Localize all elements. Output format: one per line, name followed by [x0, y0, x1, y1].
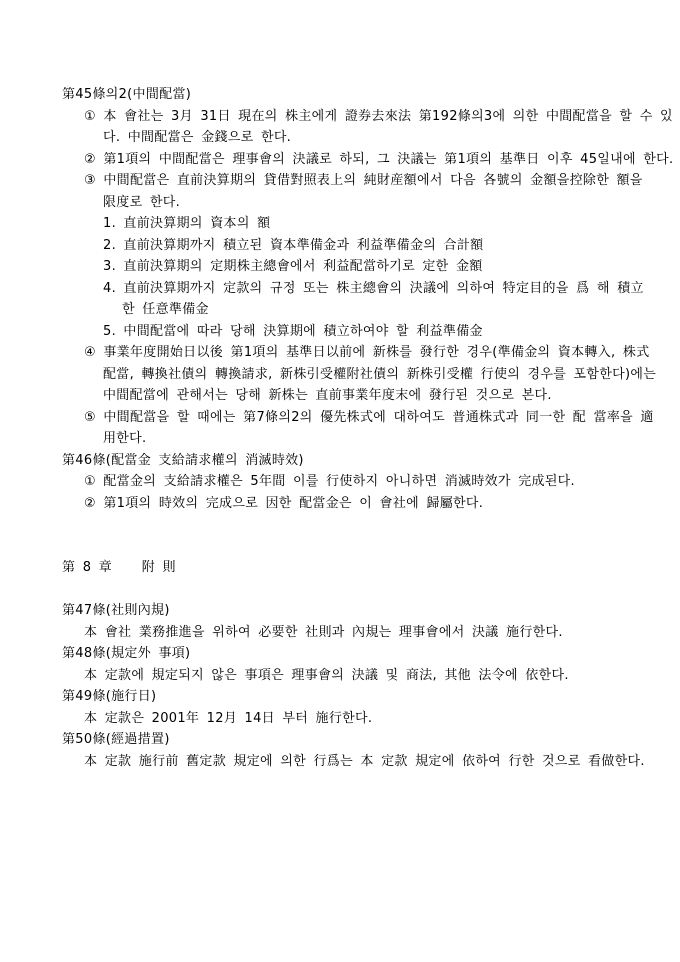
- article-45-2-clause-1-line: ① 本 會社는 3月 31日 現在의 株主에게 證券去來法 第192條의3에 의…: [84, 106, 630, 128]
- blank-line: [62, 579, 630, 601]
- article-45-2-clause-1-line: 다. 中間配當은 金錢으로 한다.: [103, 127, 630, 149]
- article-48-heading: 第48條(規定外 事項): [62, 643, 630, 665]
- article-45-2-clause-4-line: 中間配當에 관해서는 당해 新株는 直前事業年度末에 發行된 것으로 본다.: [103, 385, 630, 407]
- article-45-2-item-5-line: 5. 中間配當에 따라 당해 決算期에 積立하여야 할 利益準備金: [103, 321, 630, 343]
- article-45-2-clause-3-line: 限度로 한다.: [103, 192, 630, 214]
- article-45-2-clause-4-line: 配當, 轉換社債의 轉換請求, 新株引受權附社債의 新株引受權 行使의 경우를 …: [103, 364, 630, 386]
- article-45-2-clause-5-line: ⑤ 中間配當을 할 때에는 第7條의2의 優先株式에 대하여도 普通株式과 同一…: [84, 407, 630, 429]
- article-45-2-clause-4-line: ④ 事業年度開始日以後 第1項의 基準日以前에 新株를 發行한 경우(準備金의 …: [84, 342, 630, 364]
- document-page: 第45條의2(中間配當) ① 本 會社는 3月 31日 現在의 株主에게 證券去…: [0, 0, 680, 962]
- article-45-2-clause-2-line: ② 第1項의 中間配當은 理事會의 決議로 하되, 그 決議는 第1項의 基準日…: [84, 149, 630, 171]
- blank-line: [62, 514, 630, 536]
- article-45-2-item-4-line: 한 任意準備金: [122, 299, 630, 321]
- article-45-2-item-4-line: 4. 直前決算期까지 定款의 규정 또는 株主總會의 決議에 의하여 特定目的을…: [103, 278, 630, 300]
- article-45-2-item-1-line: 1. 直前決算期의 資本의 額: [103, 213, 630, 235]
- article-45-2-heading: 第45條의2(中間配當): [62, 84, 630, 106]
- article-50-body-line: 本 定款 施行前 舊定款 規定에 의한 行爲는 本 定款 規定에 依하여 行한 …: [84, 751, 630, 773]
- article-47-heading: 第47條(社則內規): [62, 600, 630, 622]
- article-49-heading: 第49條(施行日): [62, 686, 630, 708]
- article-50-heading: 第50條(經過措置): [62, 729, 630, 751]
- article-46-clause-2-line: ② 第1項의 時效의 完成으로 因한 配當金은 이 會社에 歸屬한다.: [84, 493, 630, 515]
- article-45-2-item-3-line: 3. 直前決算期의 定期株主總會에서 利益配當하기로 定한 金額: [103, 256, 630, 278]
- article-45-2-item-2-line: 2. 直前決算期까지 積立된 資本準備金과 利益準備金의 合計額: [103, 235, 630, 257]
- blank-line: [62, 536, 630, 558]
- article-46-clause-1-line: ① 配當金의 支給請求權은 5年間 이를 行使하지 아니하면 消滅時效가 完成된…: [84, 471, 630, 493]
- article-48-body-line: 本 定款에 規定되지 않은 事項은 理事會의 決議 및 商法, 其他 法令에 依…: [84, 665, 630, 687]
- article-45-2-clause-5-line: 用한다.: [103, 428, 630, 450]
- article-45-2-clause-3-line: ③ 中間配當은 直前決算期의 貸借對照表上의 純財産額에서 다음 各號의 金額을…: [84, 170, 630, 192]
- chapter-8-heading: 第 8 章 附 則: [62, 557, 630, 579]
- article-47-body-line: 本 會社 業務推進을 위하여 必要한 社則과 內規는 理事會에서 決議 施行한다…: [84, 622, 630, 644]
- article-46-heading: 第46條(配當金 支給請求權의 消滅時效): [62, 450, 630, 472]
- article-49-body-line: 本 定款은 2001年 12月 14日 부터 施行한다.: [84, 708, 630, 730]
